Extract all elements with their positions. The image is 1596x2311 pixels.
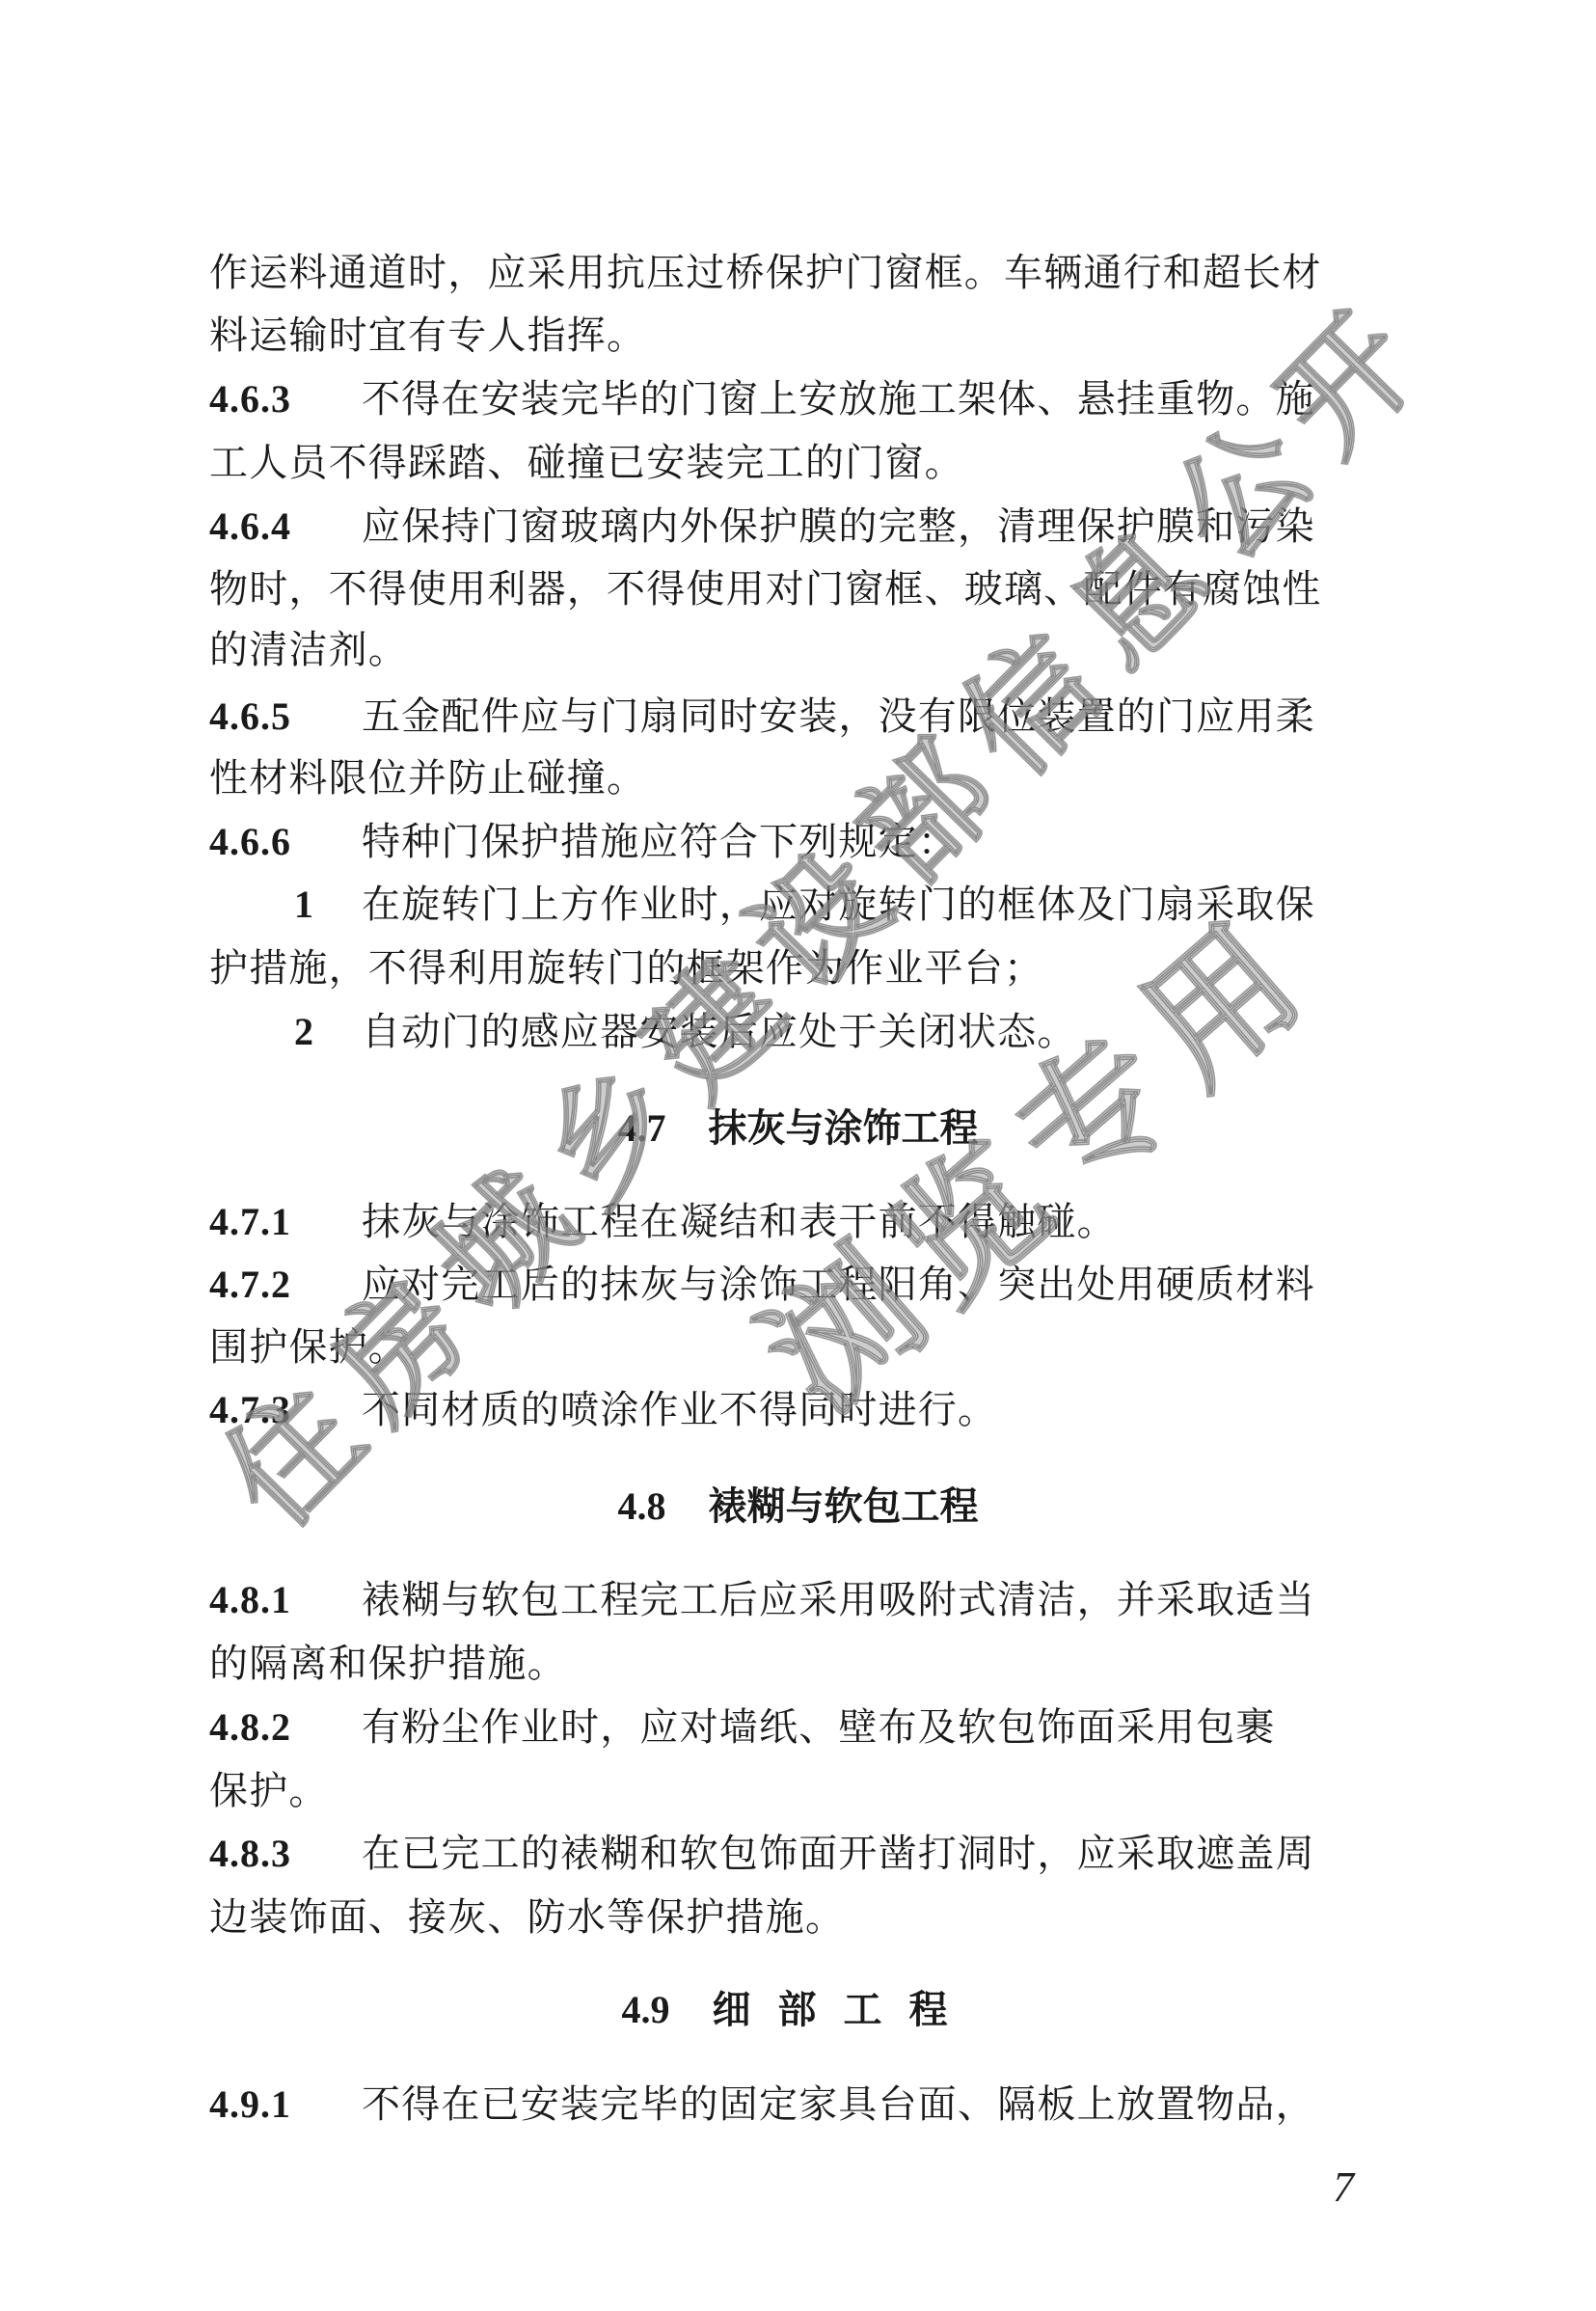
section-number: 4.7 — [618, 1106, 666, 1150]
clause-text: 应保持门窗玻璃内外保护膜的完整，清理保护膜和污染 — [362, 504, 1315, 549]
paragraph-line: 边装饰面、接灰、防水等保护措施。 — [209, 1886, 1388, 1949]
clause-number: 4.6.3 — [209, 367, 362, 431]
clause-text: 不得在安装完毕的门窗上安放施工架体、悬挂重物。施 — [362, 377, 1315, 421]
paragraph-line: 围护保护。 — [209, 1316, 1388, 1379]
clause-number: 4.6.6 — [209, 810, 362, 874]
clause-text: 工人员不得踩踏、碰撞已安装完工的门窗。 — [209, 441, 964, 485]
paragraph-line: 的清洁剂。 — [209, 618, 1388, 682]
clause-number: 4.8.3 — [209, 1822, 362, 1886]
clause-4-7-3: 4.7.3不同材质的喷涂作业不得同时进行。 — [209, 1378, 1388, 1442]
paragraph-line: 工人员不得踩踏、碰撞已安装完工的门窗。 — [209, 431, 1388, 495]
clause-4-8-1: 4.8.1裱糊与软包工程完工后应采用吸附式清洁，并采取适当 — [209, 1568, 1388, 1632]
list-item-2: 2自动门的感应器安装后应处于关闭状态。 — [209, 1000, 1388, 1064]
clause-text: 有粉尘作业时，应对墙纸、壁布及软包饰面采用包裹 — [362, 1705, 1276, 1750]
clause-text: 裱糊与软包工程完工后应采用吸附式清洁，并采取适当 — [362, 1578, 1315, 1622]
clause-4-8-3: 4.8.3在已完工的裱糊和软包饰面开凿打洞时，应采取遮盖周 — [209, 1822, 1388, 1886]
section-number: 4.9 — [622, 1988, 670, 2031]
item-number: 2 — [294, 1000, 362, 1064]
paragraph-line: 物时，不得使用利器，不得使用对门窗框、玻璃、配件有腐蚀性 — [209, 557, 1388, 621]
section-title: 抹灰与涂饰工程 — [709, 1106, 979, 1151]
clause-number: 4.7.1 — [209, 1190, 362, 1254]
clause-text: 围护保护。 — [209, 1325, 408, 1370]
clause-number: 4.8.2 — [209, 1696, 362, 1759]
section-heading-4-8: 4.8裱糊与软包工程 — [0, 1475, 1596, 1538]
clause-text: 的隔离和保护措施。 — [209, 1642, 567, 1686]
clause-text: 的清洁剂。 — [209, 628, 408, 672]
clause-number: 4.9.1 — [209, 2073, 362, 2136]
clause-text: 特种门保护措施应符合下列规定： — [362, 820, 958, 864]
paragraph-line: 保护。 — [209, 1759, 1388, 1823]
clause-text: 抹灰与涂饰工程在凝结和表干前不得触碰。 — [362, 1200, 1117, 1244]
clause-text: 五金配件应与门扇同时安装，没有限位装置的门应用柔 — [362, 694, 1315, 739]
clause-text: 边装饰面、接灰、防水等保护措施。 — [209, 1895, 845, 1940]
section-heading-4-9: 4.9细部工程 — [0, 1978, 1596, 2042]
clause-4-6-3: 4.6.3不得在安装完毕的门窗上安放施工架体、悬挂重物。施 — [209, 367, 1388, 431]
clause-text: 在已完工的裱糊和软包饰面开凿打洞时，应采取遮盖周 — [362, 1832, 1315, 1876]
paragraph-line: 性材料限位并防止碰撞。 — [209, 747, 1388, 810]
paragraph-line: 护措施，不得利用旋转门的框架作为作业平台； — [209, 937, 1388, 1000]
clause-4-6-5: 4.6.5五金配件应与门扇同时安装，没有限位装置的门应用柔 — [209, 685, 1388, 748]
clause-text: 保护。 — [209, 1769, 329, 1813]
clause-4-9-1: 4.9.1不得在已安装完毕的固定家具台面、隔板上放置物品， — [209, 2073, 1388, 2136]
item-number: 1 — [294, 873, 362, 937]
clause-number: 4.7.3 — [209, 1378, 362, 1442]
clause-text: 不同材质的喷涂作业不得同时进行。 — [362, 1388, 997, 1432]
document-page: 作运料通道时，应采用抗压过桥保护门窗框。车辆通行和超长材 料运输时宜有专人指挥。… — [0, 0, 1596, 2311]
paragraph-line: 的隔离和保护措施。 — [209, 1632, 1388, 1696]
clause-text: 作运料通道时，应采用抗压过桥保护门窗框。车辆通行和超长材 — [209, 251, 1322, 295]
list-item-1: 1在旋转门上方作业时，应对旋转门的框体及门扇采取保 — [209, 873, 1388, 937]
clause-4-6-6: 4.6.6特种门保护措施应符合下列规定： — [209, 810, 1388, 874]
clause-4-7-1: 4.7.1抹灰与涂饰工程在凝结和表干前不得触碰。 — [209, 1190, 1388, 1254]
clause-4-7-2: 4.7.2应对完工后的抹灰与涂饰工程阳角、突出处用硬质材料 — [209, 1253, 1388, 1317]
item-text: 护措施，不得利用旋转门的框架作为作业平台； — [209, 946, 1043, 991]
clause-text: 不得在已安装完毕的固定家具台面、隔板上放置物品， — [362, 2082, 1315, 2127]
clause-number: 4.6.4 — [209, 495, 362, 558]
clause-text: 性材料限位并防止碰撞。 — [209, 756, 646, 801]
clause-4-8-2: 4.8.2有粉尘作业时，应对墙纸、壁布及软包饰面采用包裹 — [209, 1696, 1388, 1759]
clause-text: 物时，不得使用利器，不得使用对门窗框、玻璃、配件有腐蚀性 — [209, 567, 1322, 612]
section-title: 细部工程 — [713, 1988, 975, 2032]
section-title: 裱糊与软包工程 — [709, 1484, 979, 1529]
section-heading-4-7: 4.7抹灰与涂饰工程 — [0, 1097, 1596, 1160]
page-number: 7 — [1333, 2162, 1354, 2212]
clause-4-6-4: 4.6.4应保持门窗玻璃内外保护膜的完整，清理保护膜和污染 — [209, 495, 1388, 558]
item-text: 在旋转门上方作业时，应对旋转门的框体及门扇采取保 — [362, 883, 1315, 927]
clause-number: 4.6.5 — [209, 685, 362, 748]
clause-number: 4.8.1 — [209, 1568, 362, 1632]
item-text: 自动门的感应器安装后应处于关闭状态。 — [362, 1010, 1077, 1054]
clause-number: 4.7.2 — [209, 1253, 362, 1317]
clause-text: 料运输时宜有专人指挥。 — [209, 313, 646, 358]
paragraph-line: 作运料通道时，应采用抗压过桥保护门窗框。车辆通行和超长材 — [209, 241, 1388, 305]
clause-text: 应对完工后的抹灰与涂饰工程阳角、突出处用硬质材料 — [362, 1263, 1315, 1307]
section-number: 4.8 — [618, 1484, 666, 1528]
paragraph-line: 料运输时宜有专人指挥。 — [209, 304, 1388, 367]
